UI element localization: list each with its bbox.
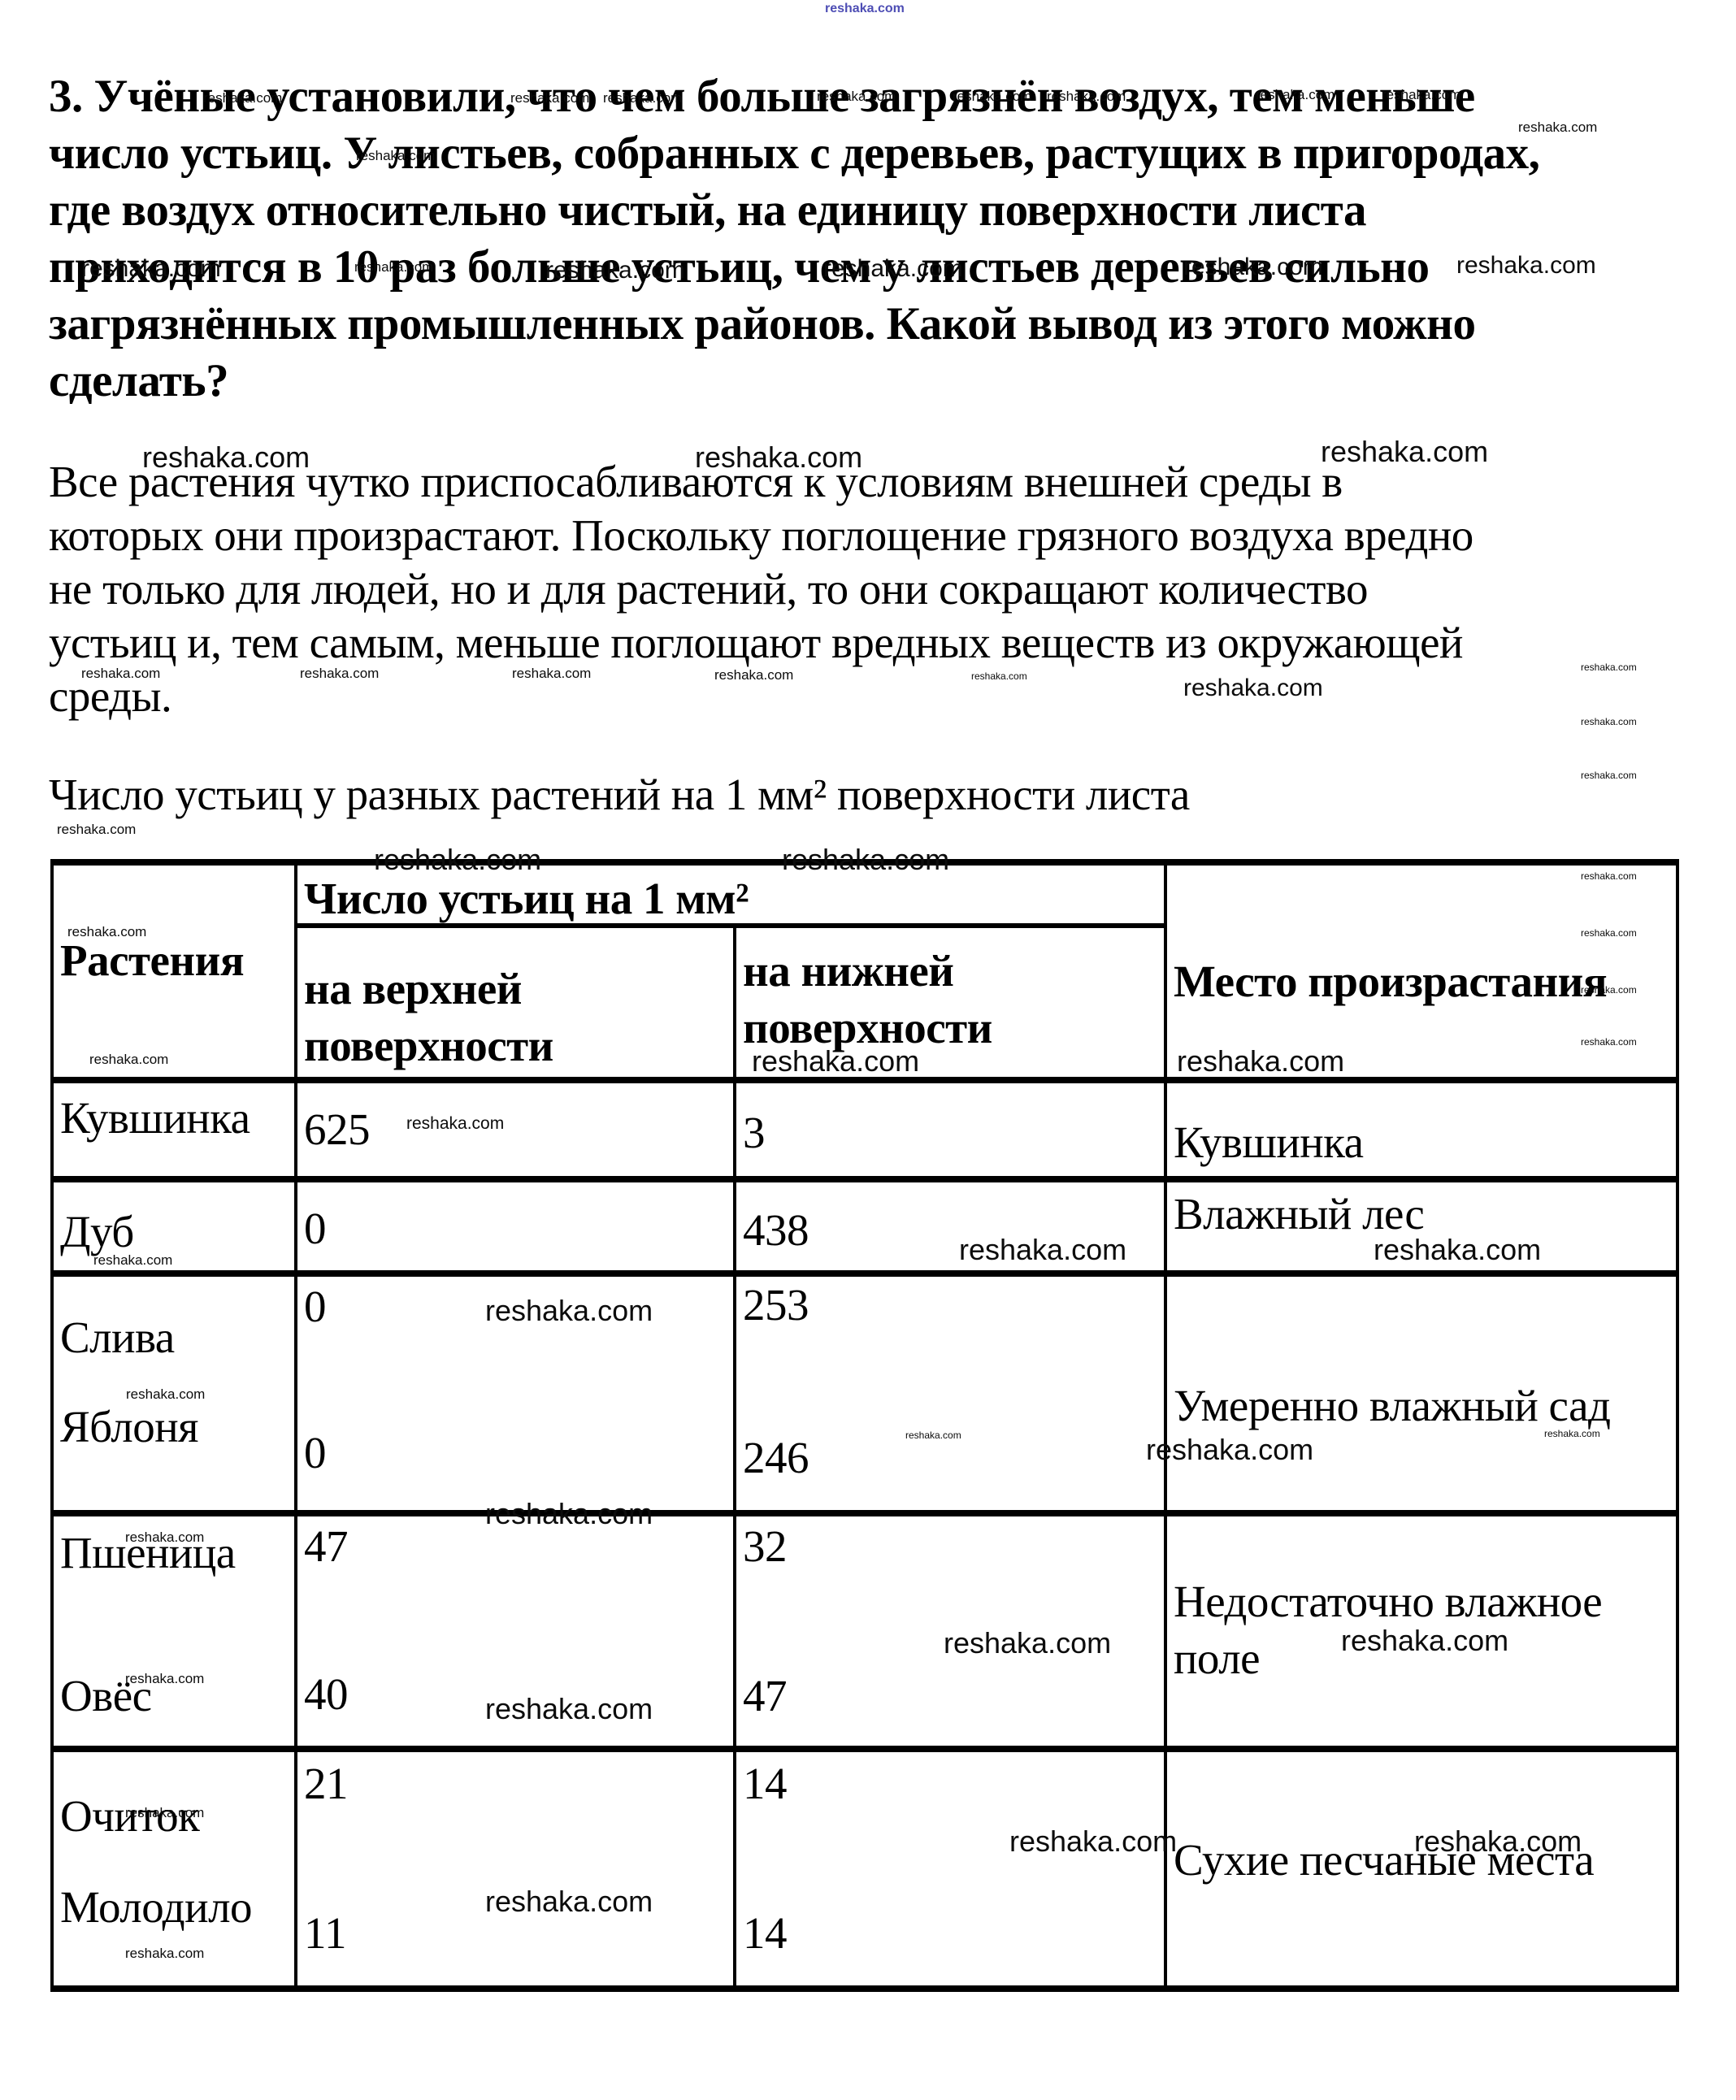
watermark: reshaka.com xyxy=(1581,717,1637,727)
watermark: reshaka.com xyxy=(125,1530,204,1544)
table-row: Кувшинка 625 3 Кувшинка xyxy=(52,1080,1677,1179)
watermark: reshaka.com xyxy=(485,1296,653,1326)
col-header-upper-surface: на верхней поверхности xyxy=(304,961,686,1074)
stomata-lower-value: 3 xyxy=(743,1108,765,1158)
watermark: reshaka.com xyxy=(714,668,793,682)
watermark: reshaka.com xyxy=(1544,1429,1600,1438)
col-header-plants-cell: Растения xyxy=(52,862,296,1080)
lower-value-cell: 14 14 xyxy=(735,1749,1165,1989)
col-header-upper-cell: на верхней поверхности xyxy=(296,926,735,1080)
watermark: reshaka.com xyxy=(485,1694,653,1724)
watermark: reshaka.com xyxy=(485,1499,653,1529)
watermark: reshaka.com xyxy=(81,666,160,680)
watermark: reshaka.com xyxy=(782,845,949,874)
stomata-upper-value: 47 xyxy=(304,1521,348,1572)
watermark: reshaka.com xyxy=(406,1115,504,1132)
watermark: reshaka.com xyxy=(125,1806,204,1820)
table-row: Слива Яблоня 0 0 253 246 Умеренно влажны… xyxy=(52,1273,1677,1513)
upper-value-cell: 625 xyxy=(296,1080,735,1179)
watermark: reshaka.com xyxy=(1382,88,1460,102)
watermark: reshaka.com xyxy=(485,1887,653,1916)
watermark: reshaka.com xyxy=(944,1629,1111,1658)
watermark: reshaka.com xyxy=(81,257,221,281)
watermark: reshaka.com xyxy=(125,1672,204,1686)
lower-value-cell: 3 xyxy=(735,1080,1165,1179)
stomata-lower-value: 438 xyxy=(743,1205,809,1256)
lower-value-cell: 253 246 xyxy=(735,1273,1165,1513)
habitat-cell: Кувшинка xyxy=(1165,1080,1677,1179)
question-line: где воздух относительно чистый, на едини… xyxy=(49,182,1682,239)
watermark: reshaka.com xyxy=(57,822,136,836)
stomata-upper-value: 21 xyxy=(304,1759,348,1809)
question-line: сделать? xyxy=(49,353,1682,410)
answer-line: не только для людей, но и для растений, … xyxy=(49,562,1690,616)
watermark: reshaka.com xyxy=(126,1387,205,1401)
habitat-text: Кувшинка xyxy=(1174,1117,1364,1168)
plant-name: Дуб xyxy=(60,1207,134,1257)
stomata-lower-value: 14 xyxy=(743,1908,787,1959)
watermark: reshaka.com xyxy=(89,1052,168,1066)
table-caption: Число устьиц у разных растений на 1 мм² … xyxy=(49,769,1190,820)
col-header-stomata-count: Число устьиц на 1 мм² xyxy=(304,874,749,924)
plant-name: Молодило xyxy=(60,1882,252,1933)
watermark: reshaka.com xyxy=(1581,928,1637,938)
plant-name: Яблоня xyxy=(60,1402,198,1452)
habitat-text: Умеренно влажный сад xyxy=(1174,1381,1611,1431)
stomata-lower-value: 14 xyxy=(743,1759,787,1809)
answer-line: которых они произрастают. Поскольку погл… xyxy=(49,509,1690,562)
watermark: reshaka.com xyxy=(1183,255,1323,280)
habitat-cell: Умеренно влажный сад xyxy=(1165,1273,1677,1513)
watermark: reshaka.com xyxy=(1581,662,1637,672)
watermark: reshaka.com xyxy=(374,845,541,874)
watermark: reshaka.com xyxy=(1518,120,1597,134)
plant-cell: Пшеница Овёс xyxy=(52,1513,296,1749)
stomata-upper-value: 40 xyxy=(304,1669,348,1720)
watermark: reshaka.com xyxy=(1374,1235,1541,1265)
watermark: reshaka.com xyxy=(825,2,905,15)
watermark: reshaka.com xyxy=(959,1235,1126,1265)
stomata-lower-value: 253 xyxy=(743,1280,809,1330)
upper-value-cell: 0 xyxy=(296,1179,735,1273)
plant-name: Слива xyxy=(60,1312,175,1363)
watermark: reshaka.com xyxy=(203,91,282,105)
watermark: reshaka.com xyxy=(603,91,682,105)
stomata-lower-value: 246 xyxy=(743,1433,809,1483)
col-header-lower-surface: на нижней поверхности xyxy=(743,943,1100,1057)
watermark: reshaka.com xyxy=(817,89,896,103)
watermark: reshaka.com xyxy=(67,925,146,939)
watermark: reshaka.com xyxy=(354,260,433,274)
col-header-place: Место произрастания xyxy=(1174,957,1607,1007)
watermark: reshaka.com xyxy=(1183,676,1323,701)
plant-name: Кувшинка xyxy=(60,1093,250,1143)
habitat-text: Влажный лес xyxy=(1174,1189,1424,1239)
watermark: reshaka.com xyxy=(1177,1047,1344,1076)
watermark: reshaka.com xyxy=(905,1430,961,1440)
watermark: reshaka.com xyxy=(1581,985,1637,995)
stomata-lower-value: 32 xyxy=(743,1521,787,1572)
watermark: reshaka.com xyxy=(1341,1626,1508,1655)
watermark: reshaka.com xyxy=(125,1946,204,1960)
watermark: reshaka.com xyxy=(1321,437,1488,466)
watermark: reshaka.com xyxy=(1047,89,1126,103)
watermark: reshaka.com xyxy=(971,671,1027,681)
stomata-upper-value: 0 xyxy=(304,1282,326,1332)
question-line: число устьиц. У листьев, собранных с дер… xyxy=(49,125,1682,182)
question-text: 3. Учёные установили, что чем больше заг… xyxy=(49,68,1682,410)
stomata-upper-value: 0 xyxy=(304,1428,326,1478)
stomata-table: Растения Число устьиц на 1 мм² Место про… xyxy=(50,859,1679,1992)
plant-cell: Кувшинка xyxy=(52,1080,296,1179)
watermark: reshaka.com xyxy=(142,443,310,472)
watermark: reshaka.com xyxy=(1414,1827,1582,1856)
watermark: reshaka.com xyxy=(545,258,685,283)
table-row: Очиток Молодило 21 11 14 14 Сухие песчан… xyxy=(52,1749,1677,1989)
plant-cell: Дуб xyxy=(52,1179,296,1273)
watermark: reshaka.com xyxy=(823,257,963,281)
watermark: reshaka.com xyxy=(93,1253,172,1267)
watermark: reshaka.com xyxy=(300,666,379,680)
habitat-cell: Сухие песчаные места xyxy=(1165,1749,1677,1989)
watermark: reshaka.com xyxy=(1009,1827,1177,1856)
watermark: reshaka.com xyxy=(1456,254,1596,278)
watermark: reshaka.com xyxy=(1581,770,1637,780)
stomata-upper-value: 625 xyxy=(304,1104,370,1155)
answer-text: Все растения чутко приспосабливаются к у… xyxy=(49,455,1690,723)
watermark: reshaka.com xyxy=(1146,1435,1313,1464)
watermark: reshaka.com xyxy=(512,666,591,680)
stomata-upper-value: 11 xyxy=(304,1908,346,1959)
answer-line: устьиц и, тем самым, меньше поглощают вр… xyxy=(49,616,1690,670)
watermark: reshaka.com xyxy=(695,443,862,472)
stomata-lower-value: 47 xyxy=(743,1671,787,1721)
watermark: reshaka.com xyxy=(953,89,1031,103)
watermark: reshaka.com xyxy=(1581,1037,1637,1047)
watermark: reshaka.com xyxy=(356,149,435,163)
watermark: reshaka.com xyxy=(752,1047,919,1076)
answer-line: среды. xyxy=(49,670,1690,723)
watermark: reshaka.com xyxy=(1256,88,1335,102)
stomata-upper-value: 0 xyxy=(304,1204,326,1254)
question-line: загрязнённых промышленных районов. Какой… xyxy=(49,296,1682,353)
watermark: reshaka.com xyxy=(1581,871,1637,881)
col-header-plants: Растения xyxy=(60,935,244,986)
upper-value-cell: 21 11 xyxy=(296,1749,735,1989)
watermark: reshaka.com xyxy=(510,91,589,105)
